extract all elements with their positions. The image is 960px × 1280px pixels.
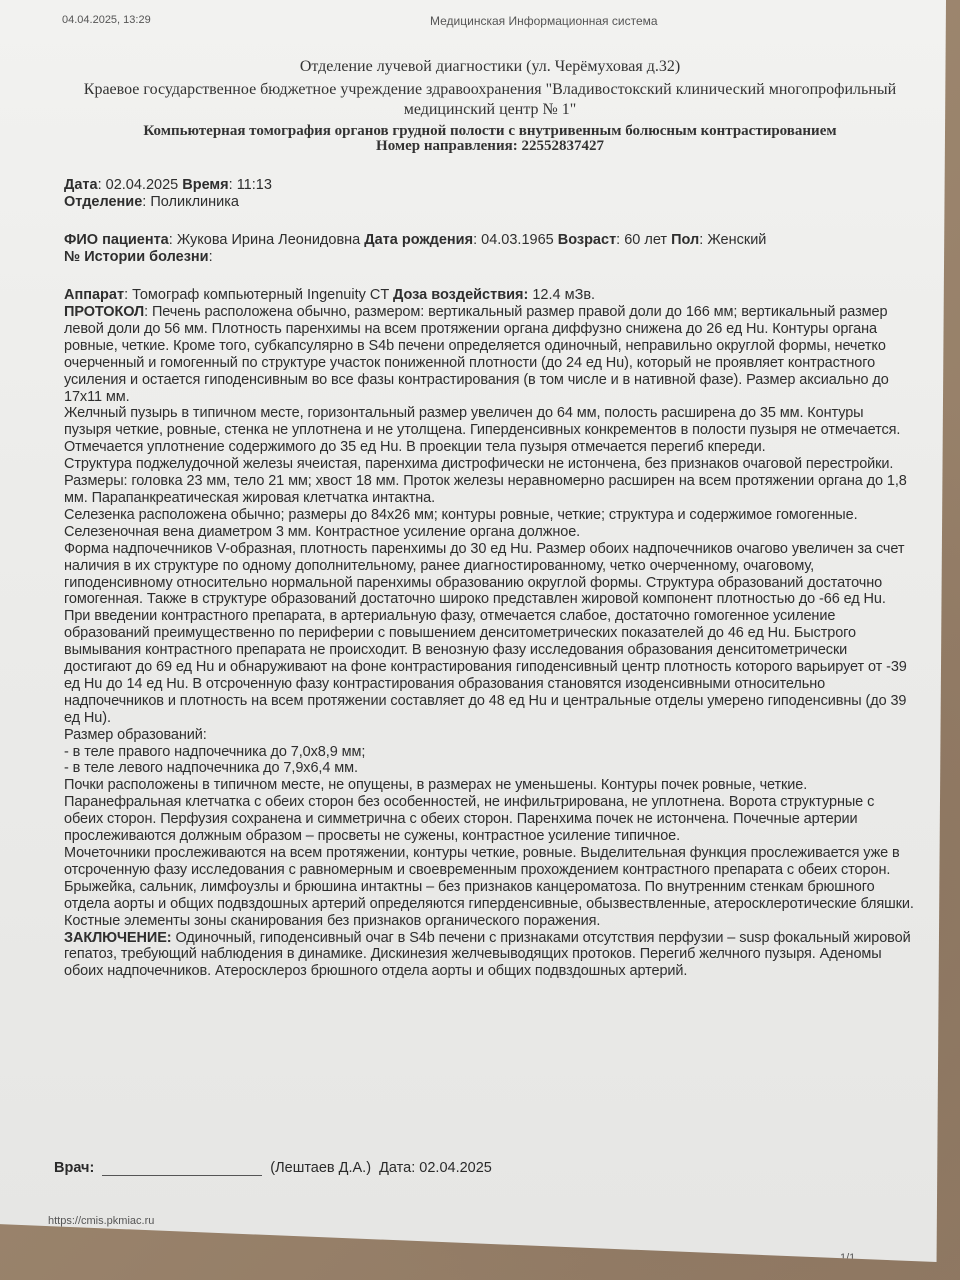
signature-block: Врач:(Лештаев Д.А.) Дата: 02.04.2025 — [54, 1160, 492, 1176]
print-datetime: 04.04.2025, 13:29 — [62, 14, 151, 26]
footer-url: https://cmis.pkmiac.ru — [48, 1215, 154, 1227]
conclusion-label: ЗАКЛЮЧЕНИЕ: — [64, 930, 172, 946]
date-value: 02.04.2025 — [106, 177, 179, 193]
organization-title: Краевое государственное бюджетное учрежд… — [60, 80, 920, 120]
referral-value: 22552837427 — [521, 138, 604, 154]
patient-name-label: ФИО пациента — [64, 232, 169, 248]
time-value: 11:13 — [237, 177, 272, 193]
history-label: № Истории болезни — [64, 249, 209, 265]
protocol-paragraph: Размер образований: — [64, 727, 914, 744]
protocol-paragraph: При введении контрастного препарата, в а… — [64, 608, 914, 726]
protocol-paragraph: Костные элементы зоны сканирования без п… — [64, 913, 914, 930]
sign-date-label: Дата: — [379, 1160, 415, 1176]
protocol-paragraph: Печень расположена обычно, размером: вер… — [64, 304, 889, 405]
protocol-paragraph: Брыжейка, сальник, лимфоузлы и брюшина и… — [64, 879, 914, 913]
device-info: Аппарат: Томограф компьютерный Ingenuity… — [64, 287, 914, 304]
protocol-paragraph: - в теле правого надпочечника до 7,0x8,9… — [64, 744, 914, 761]
dob-label: Дата рождения — [364, 232, 473, 248]
dose-label: Доза воздействия: — [393, 287, 528, 303]
print-system-name: Медицинская Информационная система — [430, 14, 658, 28]
age-label: Возраст — [558, 232, 616, 248]
department-title: Отделение лучевой диагностики (ул. Черём… — [60, 58, 920, 76]
protocol-paragraph: Структура поджелудочной железы ячеистая,… — [64, 456, 914, 507]
time-label: Время — [182, 177, 228, 193]
age-value: 60 лет — [624, 232, 667, 248]
protocol-paragraph: Форма надпочечников V-образная, плотност… — [64, 541, 914, 609]
sex-label: Пол — [671, 232, 699, 248]
referral-number: Номер направления: 22552837427 — [60, 138, 920, 155]
protocol-paragraph: - в теле левого надпочечника до 7,9x6,4 … — [64, 760, 914, 777]
protocol-paragraph: Желчный пузырь в типичном месте, горизон… — [64, 405, 914, 456]
device-value: Томограф компьютерный Ingenuity CT — [132, 287, 389, 303]
protocol-label: ПРОТОКОЛ — [64, 304, 144, 320]
protocol-section: ПРОТОКОЛ: Печень расположена обычно, раз… — [64, 304, 914, 980]
doctor-label: Врач: — [54, 1160, 94, 1176]
sex-value: Женский — [707, 232, 766, 248]
dose-value: 12.4 мЗв. — [532, 287, 595, 303]
referral-label: Номер направления: — [376, 138, 518, 154]
date-label: Дата — [64, 177, 98, 193]
protocol-paragraph: Селезенка расположена обычно; размеры до… — [64, 507, 914, 541]
report-page: 04.04.2025, 13:29 Медицинская Информацио… — [0, 0, 946, 1262]
patient-info: ФИО пациента: Жукова Ирина Леонидовна Да… — [64, 232, 914, 266]
protocol-paragraph: Почки расположены в типичном месте, не о… — [64, 777, 914, 845]
signature-line — [102, 1175, 262, 1176]
conclusion-text: Одиночный, гиподенсивный очаг в S4b пече… — [64, 930, 911, 980]
doctor-name: (Лештаев Д.А.) — [270, 1160, 371, 1176]
device-label: Аппарат — [64, 287, 124, 303]
conclusion: ЗАКЛЮЧЕНИЕ: Одиночный, гиподенсивный оча… — [64, 930, 914, 981]
protocol-paragraph: Мочеточники прослеживаются на всем протя… — [64, 845, 914, 879]
dept-value: Поликлиника — [150, 194, 239, 210]
patient-name: Жукова Ирина Леонидовна — [177, 232, 360, 248]
visit-info: Дата: 02.04.2025 Время: 11:13 Отделение:… — [64, 177, 914, 211]
sign-date: 02.04.2025 — [419, 1160, 492, 1176]
dept-label: Отделение — [64, 194, 142, 210]
dob-value: 04.03.1965 — [481, 232, 554, 248]
